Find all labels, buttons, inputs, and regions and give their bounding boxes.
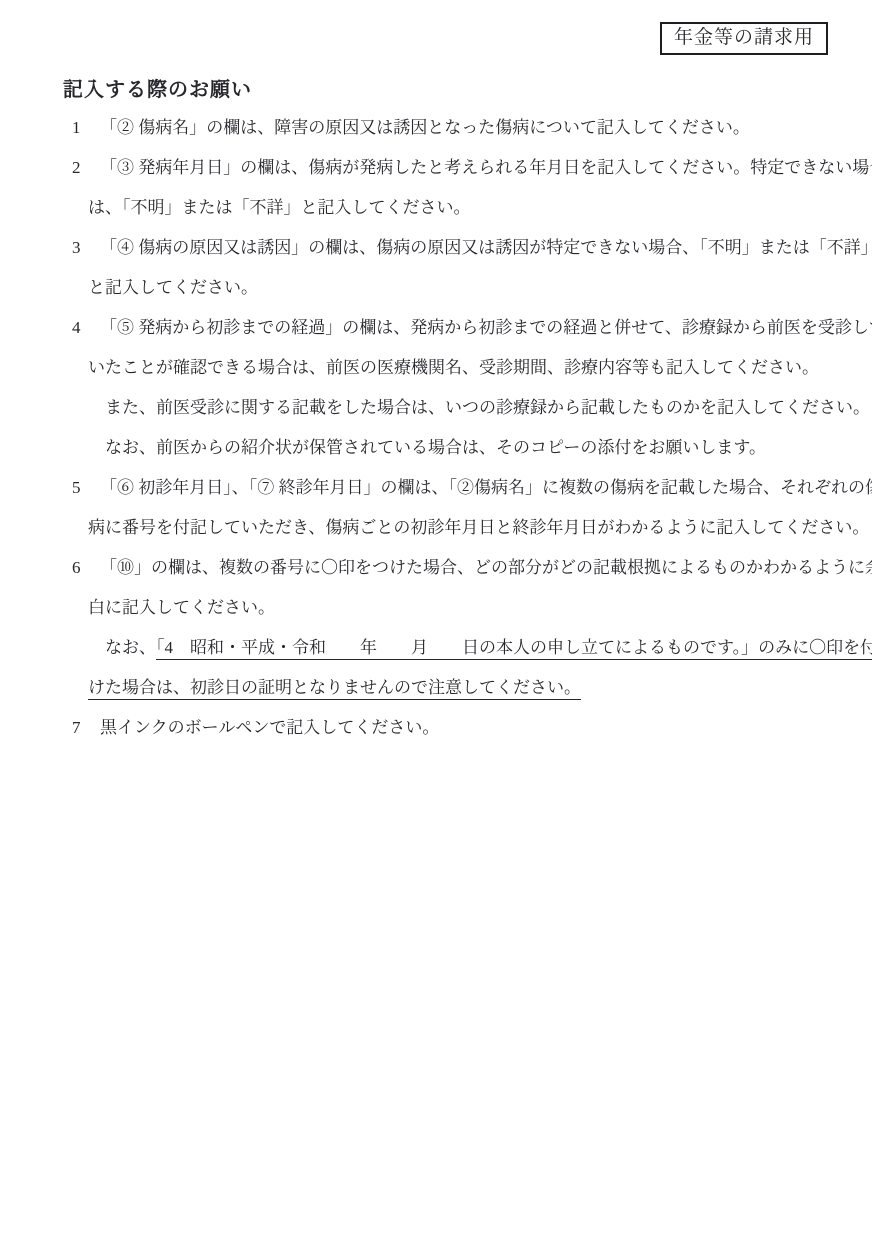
item-line: 6「⑩」の欄は、複数の番号に〇印をつけた場合、どの部分がどの記載根拠によるものか… (63, 548, 832, 588)
list-item: 3「④ 傷病の原因又は誘因」の欄は、傷病の原因又は誘因が特定できない場合、「不明… (63, 228, 832, 308)
list-item: 4「⑤ 発病から初診までの経過」の欄は、発病から初診までの経過と併せて、診療録か… (63, 308, 832, 468)
item-line: と記入してください。 (63, 268, 832, 308)
list-item: 7黒インクのボールペンで記入してください。 (63, 708, 832, 748)
list-item: 1「② 傷病名」の欄は、障害の原因又は誘因となった傷病について記入してください。 (63, 108, 832, 148)
item-text-line: 黒インクのボールペンで記入してください。 (100, 718, 439, 737)
item-text-line: なお、前医からの紹介状が保管されている場合は、そのコピーの添付をお願いします。 (105, 438, 766, 457)
note-underlined-text: けた場合は、初診日の証明となりませんので注意してください。 (88, 678, 581, 697)
list-item: 6「⑩」の欄は、複数の番号に〇印をつけた場合、どの部分がどの記載根拠によるものか… (63, 548, 832, 708)
item-number: 3 (72, 228, 100, 268)
item-text-line: 「⑤ 発病から初診までの経過」の欄は、発病から初診までの経過と併せて、診療録から… (100, 318, 872, 337)
item-line: 4「⑤ 発病から初診までの経過」の欄は、発病から初診までの経過と併せて、診療録か… (63, 308, 832, 348)
item-line: 7黒インクのボールペンで記入してください。 (63, 708, 832, 748)
item-text-line: 「③ 発病年月日」の欄は、傷病が発病したと考えられる年月日を記入してください。特… (100, 158, 872, 177)
item-number: 2 (72, 148, 100, 188)
document-type-badge: 年金等の請求用 (660, 22, 828, 55)
item-line: 5「⑥ 初診年月日」、「⑦ 終診年月日」の欄は、「②傷病名」に複数の傷病を記載し… (63, 468, 832, 508)
item-line: 1「② 傷病名」の欄は、障害の原因又は誘因となった傷病について記入してください。 (63, 108, 832, 148)
item-number: 1 (72, 108, 100, 148)
item-text-line: と記入してください。 (88, 278, 258, 297)
item-line: いたことが確認できる場合は、前医の医療機関名、受診期間、診療内容等も記入してくだ… (63, 348, 832, 388)
item-number: 4 (72, 308, 100, 348)
item-text-line: また、前医受診に関する記載をした場合は、いつの診療録から記載したものかを記入して… (105, 398, 870, 417)
item-line: 2「③ 発病年月日」の欄は、傷病が発病したと考えられる年月日を記入してください。… (63, 148, 832, 188)
item-number: 6 (72, 548, 100, 588)
document-page: 年金等の請求用 記入する際のお願い 1「② 傷病名」の欄は、障害の原因又は誘因と… (0, 0, 872, 1234)
page-title: 記入する際のお願い (63, 76, 252, 104)
item-number: 7 (72, 708, 100, 748)
item-text-line: いたことが確認できる場合は、前医の医療機関名、受診期間、診療内容等も記入してくだ… (88, 358, 819, 377)
item-line: 病に番号を付記していただき、傷病ごとの初診年月日と終診年月日がわかるように記入し… (63, 508, 832, 548)
item-text-line: 「② 傷病名」の欄は、障害の原因又は誘因となった傷病について記入してください。 (100, 118, 750, 137)
item-text-line: 「⑥ 初診年月日」、「⑦ 終診年月日」の欄は、「②傷病名」に複数の傷病を記載した… (100, 478, 872, 497)
item-line: また、前医受診に関する記載をした場合は、いつの診療録から記載したものかを記入して… (63, 388, 832, 428)
item-note-line: けた場合は、初診日の証明となりませんので注意してください。 (63, 668, 832, 708)
item-line: は、「不明」または「不詳」と記入してください。 (63, 188, 832, 228)
instruction-list: 1「② 傷病名」の欄は、障害の原因又は誘因となった傷病について記入してください。… (63, 108, 832, 748)
item-line: 3「④ 傷病の原因又は誘因」の欄は、傷病の原因又は誘因が特定できない場合、「不明… (63, 228, 832, 268)
list-item: 2「③ 発病年月日」の欄は、傷病が発病したと考えられる年月日を記入してください。… (63, 148, 832, 228)
note-underlined-text: 「4 昭和・平成・令和 年 月 日の本人の申し立てによるものです。」のみに〇印を… (156, 638, 872, 657)
item-text-line: は、「不明」または「不詳」と記入してください。 (88, 198, 471, 217)
item-text-line: 白に記入してください。 (88, 598, 275, 617)
item-line: なお、前医からの紹介状が保管されている場合は、そのコピーの添付をお願いします。 (63, 428, 832, 468)
item-number: 5 (72, 468, 100, 508)
item-line: 白に記入してください。 (63, 588, 832, 628)
item-note-line: なお、「4 昭和・平成・令和 年 月 日の本人の申し立てによるものです。」のみに… (63, 628, 832, 668)
list-item: 5「⑥ 初診年月日」、「⑦ 終診年月日」の欄は、「②傷病名」に複数の傷病を記載し… (63, 468, 832, 548)
note-prefix: なお、 (105, 638, 156, 657)
item-text-line: 「⑩」の欄は、複数の番号に〇印をつけた場合、どの部分がどの記載根拠によるものかわ… (100, 558, 872, 577)
document-type-label: 年金等の請求用 (674, 27, 814, 48)
item-text-line: 「④ 傷病の原因又は誘因」の欄は、傷病の原因又は誘因が特定できない場合、「不明」… (100, 238, 872, 257)
item-text-line: 病に番号を付記していただき、傷病ごとの初診年月日と終診年月日がわかるように記入し… (88, 518, 869, 537)
